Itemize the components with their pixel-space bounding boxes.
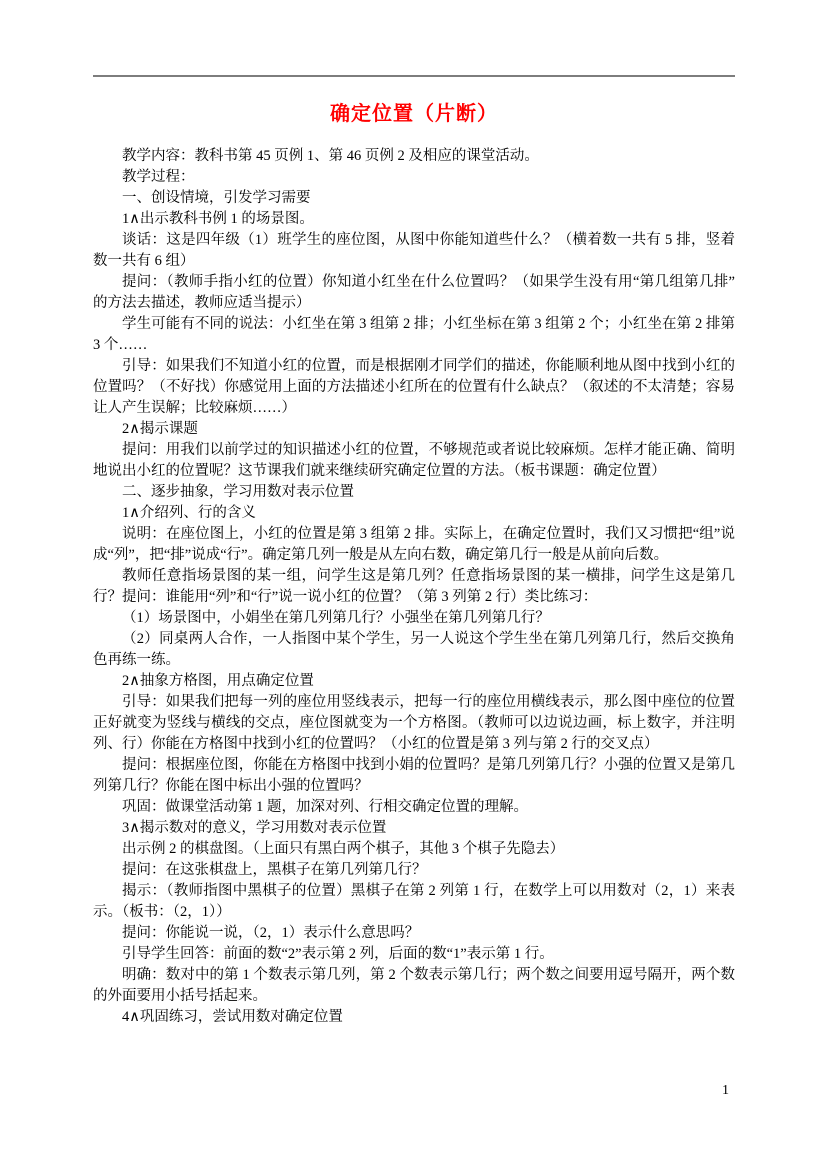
paragraph: 学生可能有不同的说法：小红坐在第 3 组第 2 排；小红坐标在第 3 组第 2 … (93, 314, 735, 356)
paragraph: 1∧出示教科书例 1 的场景图。 (93, 209, 735, 230)
page-number: 1 (722, 1083, 729, 1098)
paragraph: 明确：数对中的第 1 个数表示第几列，第 2 个数表示第几行；两个数之间要用逗号… (93, 965, 735, 1007)
paragraph: 巩固：做课堂活动第 1 题，加深对列、行相交确定位置的理解。 (93, 797, 735, 818)
paragraph: 出示例 2 的棋盘图。（上面只有黑白两个棋子，其他 3 个棋子先隐去） (93, 839, 735, 860)
header-rule (93, 75, 735, 77)
paragraph: 二、逐步抽象，学习用数对表示位置 (93, 482, 735, 503)
paragraph: 引导：如果我们把每一列的座位用竖线表示，把每一行的座位用横线表示，那么图中座位的… (93, 692, 735, 755)
paragraph: 教学内容：教科书第 45 页例 1、第 46 页例 2 及相应的课堂活动。 (93, 146, 735, 167)
paragraph: 提问：在这张棋盘上，黑棋子在第几列第几行？ (93, 860, 735, 881)
document-body: 教学内容：教科书第 45 页例 1、第 46 页例 2 及相应的课堂活动。 教学… (93, 146, 735, 1028)
page-footer: 1 (93, 1080, 735, 1101)
paragraph: 提问：根据座位图，你能在方格图中找到小娟的位置吗？是第几列第几行？小强的位置又是… (93, 755, 735, 797)
paragraph: 引导学生回答：前面的数“2”表示第 2 列，后面的数“1”表示第 1 行。 (93, 944, 735, 965)
paragraph: （2）同桌两人合作，一人指图中某个学生，另一人说这个学生坐在第几列第几行，然后交… (93, 629, 735, 671)
paragraph: 谈话：这是四年级（1）班学生的座位图，从图中你能知道些什么？（横着数一共有 5 … (93, 230, 735, 272)
paragraph: 引导：如果我们不知道小红的位置，而是根据刚才同学们的描述，你能顺利地从图中找到小… (93, 356, 735, 419)
paragraph: 提问：用我们以前学过的知识描述小红的位置，不够规范或者说比较麻烦。怎样才能正确、… (93, 440, 735, 482)
paragraph: 3∧揭示数对的意义，学习用数对表示位置 (93, 818, 735, 839)
paragraph: 2∧揭示课题 (93, 419, 735, 440)
paragraph: （1）场景图中，小娟坐在第几列第几行？小强坐在第几列第几行？ (93, 608, 735, 629)
paragraph: 1∧介绍列、行的含义 (93, 503, 735, 524)
paragraph: 教师任意指场景图的某一组，问学生这是第几列？任意指场景图的某一横排，问学生这是第… (93, 566, 735, 608)
paragraph: 提问：你能说一说，（2，1）表示什么意思吗？ (93, 923, 735, 944)
paragraph: 2∧抽象方格图，用点确定位置 (93, 671, 735, 692)
paragraph: 4∧巩固练习，尝试用数对确定位置 (93, 1007, 735, 1028)
paragraph: 提问：（教师手指小红的位置）你知道小红坐在什么位置吗？（如果学生没有用“第几组第… (93, 272, 735, 314)
paragraph: 一、创设情境，引发学习需要 (93, 188, 735, 209)
document-page: 确定位置（片断） 教学内容：教科书第 45 页例 1、第 46 页例 2 及相应… (0, 0, 827, 1170)
paragraph: 揭示：（教师指图中黑棋子的位置）黑棋子在第 2 列第 1 行，在数学上可以用数对… (93, 881, 735, 923)
paragraph: 教学过程： (93, 167, 735, 188)
paragraph: 说明：在座位图上，小红的位置是第 3 组第 2 排。实际上，在确定位置时，我们又… (93, 524, 735, 566)
document-title: 确定位置（片断） (93, 97, 735, 131)
